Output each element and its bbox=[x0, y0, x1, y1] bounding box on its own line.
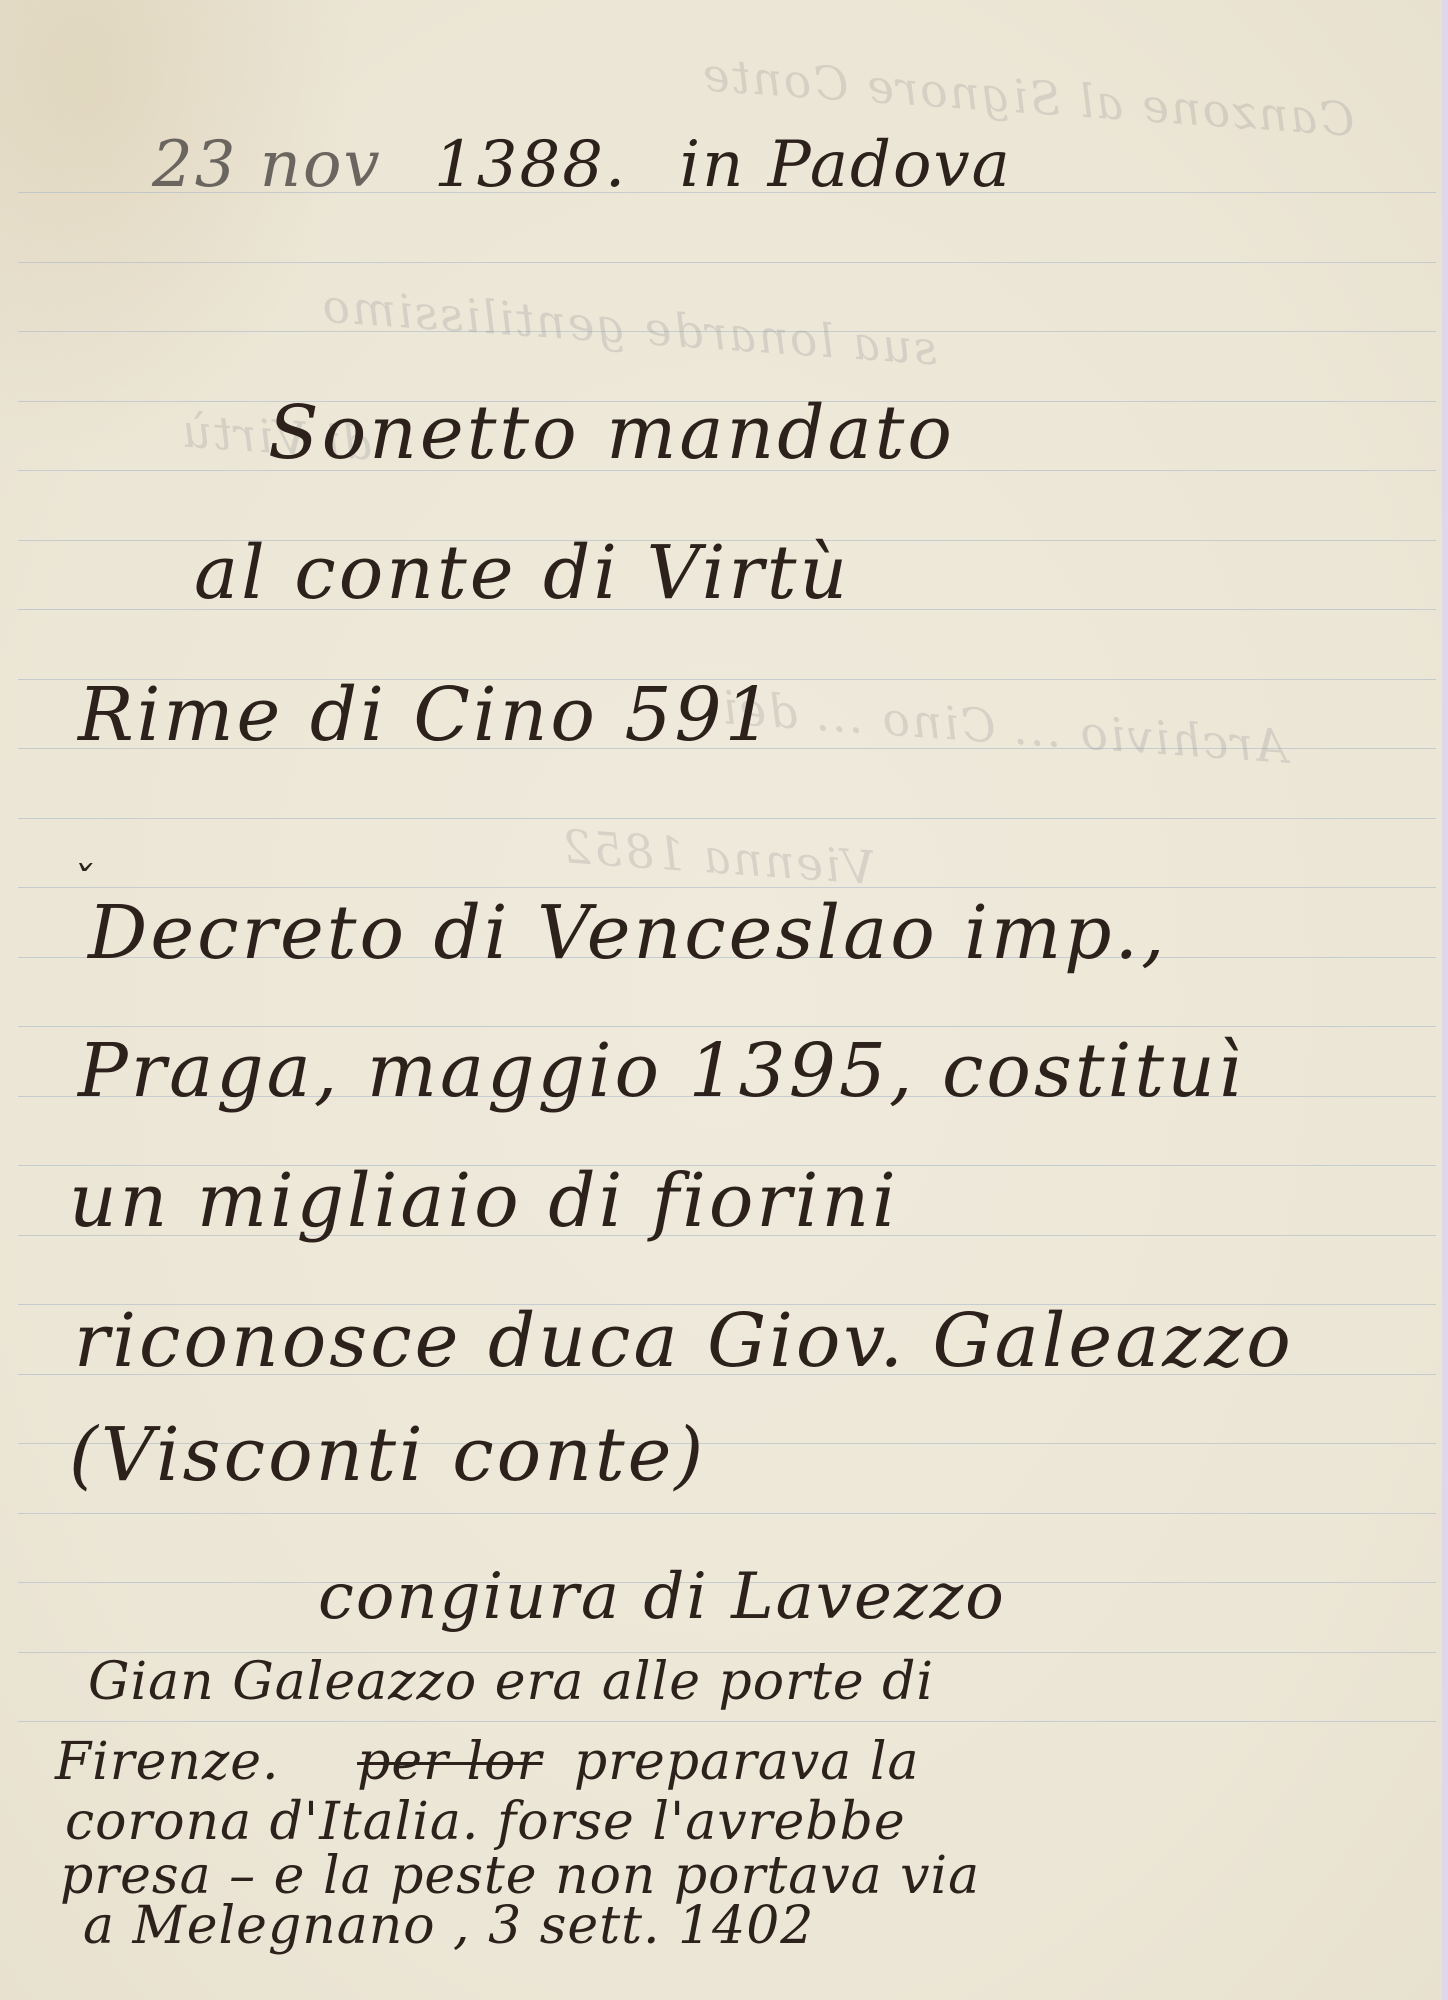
scan-background-edge bbox=[1442, 0, 1448, 2000]
text-line-praga: Praga, maggio 1395, costituì bbox=[78, 1028, 1244, 1114]
text-line-migliaio: un migliaio di fiorini bbox=[69, 1158, 899, 1244]
note-line-gian: Gian Galeazzo era alle porte di bbox=[88, 1652, 934, 1712]
bleed-through-text: sua lonarde gentilissimo bbox=[319, 279, 939, 376]
note-line-melegnano: a Melegnano , 3 sett. 1402 bbox=[83, 1896, 814, 1956]
text-line-sonetto: Sonetto mandato bbox=[268, 390, 955, 476]
struck-through-text: per lor bbox=[357, 1732, 542, 1792]
bleed-through-text: Archivio ... Cino ... dei bbox=[719, 680, 1290, 774]
note-line-corona: corona d'Italia. forse l'avrebbe bbox=[65, 1792, 906, 1852]
ruled-line bbox=[18, 1721, 1436, 1722]
note-firenze-before: Firenze. bbox=[55, 1732, 280, 1792]
text-line-rime: Rime di Cino 591 bbox=[78, 672, 775, 758]
date-header: 23 nov 1388. in Padova bbox=[152, 128, 1012, 202]
ruled-line bbox=[18, 1026, 1436, 1027]
text-line-congiura: congiura di Lavezzo bbox=[318, 1560, 1006, 1634]
manuscript-page: Canzone al Signore Conte sua lonarde gen… bbox=[0, 0, 1442, 2000]
note-line-firenze: Firenze. per lor preparava la bbox=[55, 1732, 919, 1792]
paper-crease bbox=[0, 0, 9, 264]
text-line-riconosce: riconosce duca Giov. Galeazzo bbox=[74, 1298, 1294, 1384]
date-place: in Padova bbox=[680, 128, 1012, 202]
ruled-line bbox=[18, 818, 1436, 819]
ruled-line bbox=[18, 887, 1436, 888]
ruled-line bbox=[18, 262, 1436, 263]
date-year: 1388. bbox=[434, 128, 627, 202]
bleed-through-text: Vienna 1852 bbox=[558, 819, 876, 895]
text-line-visconti: (Visconti conte) bbox=[69, 1412, 706, 1498]
date-day-month: 23 nov bbox=[152, 128, 382, 202]
text-line-decreto: Decreto di Venceslao imp., bbox=[88, 890, 1168, 976]
note-firenze-after: preparava la bbox=[574, 1732, 920, 1792]
ruled-line bbox=[18, 1513, 1436, 1514]
text-line-conte: al conte di Virtù bbox=[194, 530, 850, 616]
